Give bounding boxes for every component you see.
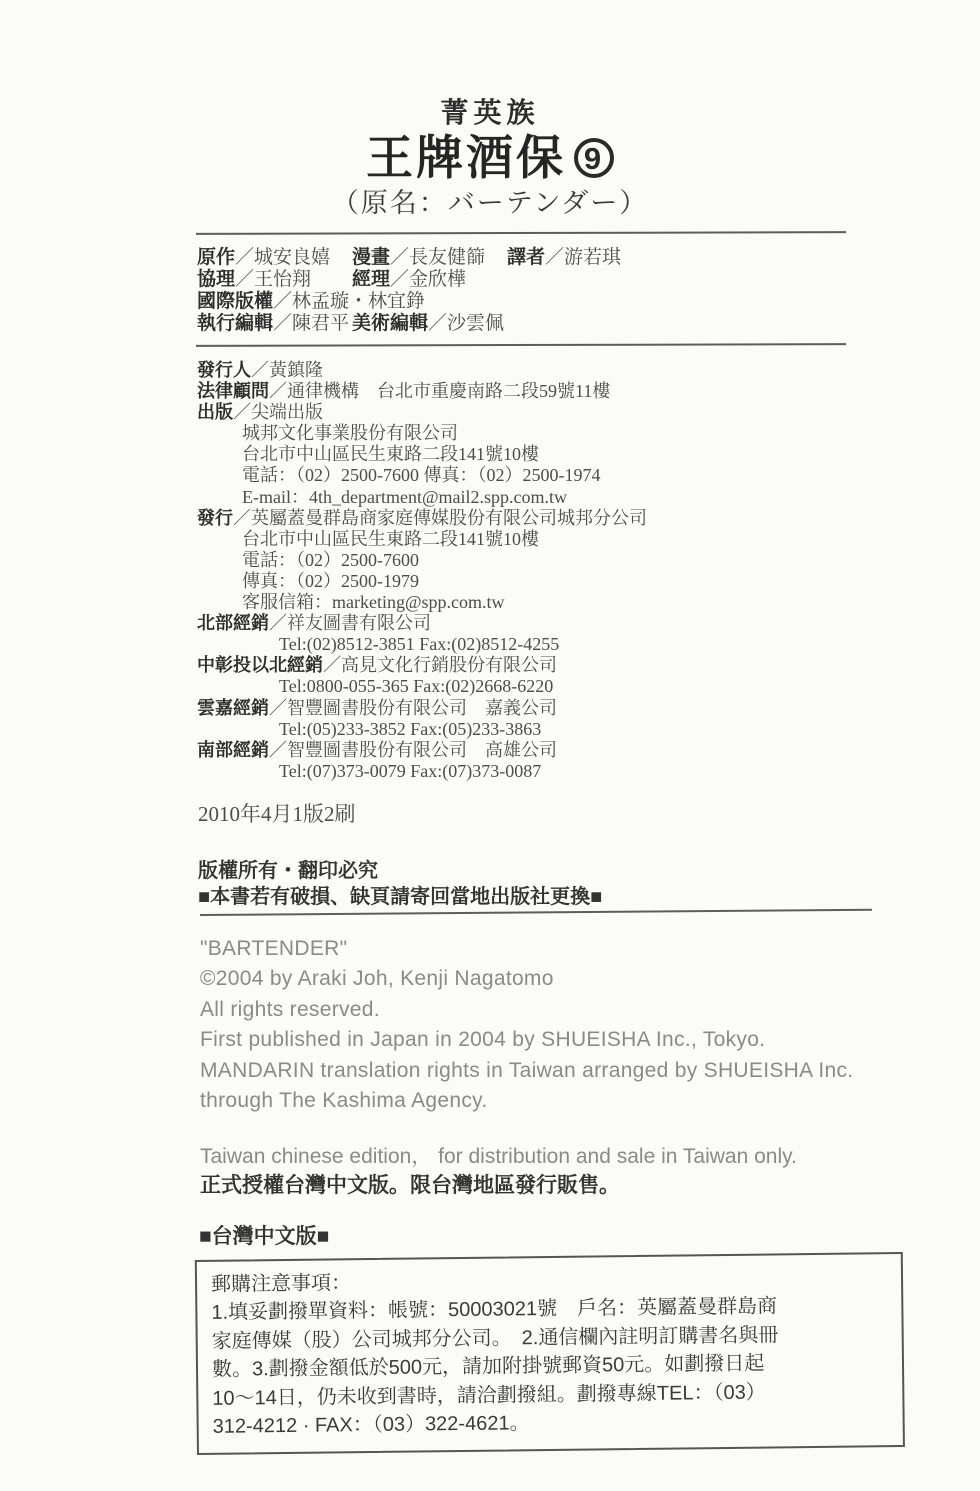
series-label: 菁英族 [0, 96, 980, 130]
credit-art-editor: 美術編輯／沙雲佩 [352, 313, 504, 335]
book-title: 王牌酒保 [366, 130, 566, 186]
credit-international-rights: 國際版權／林孟璇・林宜錚 [197, 291, 425, 313]
divider [196, 343, 846, 347]
translation-rights-line: MANDARIN translation rights in Taiwan ar… [200, 1056, 980, 1087]
phone-line: 電話：（02）2500-7600 [197, 550, 980, 571]
taiwan-notice-english: Taiwan chinese edition， for distribution… [200, 1143, 980, 1170]
agency-line: through The Kashima Agency. [200, 1086, 980, 1117]
divider [196, 231, 846, 235]
phone-fax-line: 電話：（02）2500-7600 傳真：（02）2500-1974 [197, 465, 980, 486]
title-block: 菁英族 王牌酒保 9 （原名：バーテンダー） [0, 0, 980, 220]
tel-fax-line: Tel:0800-055-365 Fax:(02)2668-6220 [197, 676, 980, 697]
credit-original-author: 原作／城安良嬉 [197, 247, 352, 269]
english-copyright-section: "BARTENDER" ©2004 by Araki Joh, Kenji Na… [200, 934, 980, 1117]
yunjia-distributor-line: 雲嘉經銷／智豐圖書股份有限公司 嘉義公司 [197, 698, 980, 719]
publishing-house-line: 出版／尖端出版 [197, 402, 980, 423]
central-distributor-line: 中彰投以北經銷／高見文化行銷股份有限公司 [197, 655, 980, 676]
first-published-line: First published in Japan in 2004 by SHUE… [200, 1025, 980, 1056]
damage-replacement-notice: ■本書若有破損、缺頁請寄回當地出版社更換■ [198, 884, 980, 910]
volume-number-badge: 9 [574, 138, 614, 178]
north-distributor-line: 北部經銷／祥友圖書有限公司 [197, 613, 980, 634]
rights-reserved-line: All rights reserved. [200, 995, 980, 1026]
tel-fax-line: Tel:(02)8512-3851 Fax:(02)8512-4255 [197, 634, 980, 655]
fax-line: 傳真：（02）2500-1979 [197, 571, 980, 592]
service-email-line: 客服信箱：marketing@spp.com.tw [197, 592, 980, 613]
copyright-authors-line: ©2004 by Araki Joh, Kenji Nagatomo [200, 964, 980, 995]
distributor-line: 發行／英屬蓋曼群島商家庭傳媒股份有限公司城邦分公司 [197, 508, 980, 529]
credit-executive-editor: 執行編輯／陳君平 [197, 313, 352, 335]
taiwan-notice-chinese: 正式授權台灣中文版。限台灣地區發行販售。 [200, 1170, 980, 1201]
print-date: 2010年4月1版2刷 [198, 798, 980, 828]
credit-manager: 經理／金欣樺 [352, 269, 466, 291]
credits-row: 執行編輯／陳君平 美術編輯／沙雲佩 [197, 313, 980, 335]
page-title: 王牌酒保 9 [0, 130, 980, 186]
south-distributor-line: 南部經銷／智豐圖書股份有限公司 高雄公司 [197, 740, 980, 761]
company-name-line: 城邦文化事業股份有限公司 [197, 423, 980, 444]
credits-row: 原作／城安良嬉 漫畫／長友健篩 譯者／游若琪 [197, 247, 980, 269]
copyright-notice: 版權所有・翻印必究 [198, 858, 980, 884]
credits-row: 協理／王怡翔 經理／金欣樺 [197, 269, 980, 291]
publisher-line: 發行人／黃鎮隆 [197, 360, 980, 381]
tel-fax-line: Tel:(05)233-3852 Fax:(05)233-3863 [197, 719, 980, 740]
english-title-line: "BARTENDER" [200, 934, 980, 965]
taiwan-edition-label: ■台灣中文版■ [199, 1224, 980, 1250]
colophon-page: 菁英族 王牌酒保 9 （原名：バーテンダー） 原作／城安良嬉 漫畫／長友健篩 譯… [0, 0, 980, 1491]
email-line: E-mail：4th_department@mail2.spp.com.tw [197, 487, 980, 508]
taiwan-edition-notice: Taiwan chinese edition， for distribution… [200, 1143, 980, 1201]
publishing-section: 發行人／黃鎮隆 法律顧問／通律機構 台北市重慶南路二段59號11樓 出版／尖端出… [197, 360, 980, 782]
credit-translator: 譯者／游若琪 [507, 247, 621, 269]
credits-row: 國際版權／林孟璇・林宜錚 [197, 291, 980, 313]
rights-block: 版權所有・翻印必究 ■本書若有破損、缺頁請寄回當地出版社更換■ [198, 858, 980, 910]
original-title-subtitle: （原名：バーテンダー） [0, 186, 980, 220]
address-line: 台北市中山區民生東路二段141號10樓 [197, 444, 980, 465]
address-line: 台北市中山區民生東路二段141號10樓 [197, 529, 980, 550]
credit-artist: 漫畫／長友健篩 [352, 247, 507, 269]
mail-order-box: 郵購注意事項： 1.填妥劃撥單資料：帳號：50003021號 戶名：英屬蓋曼群島… [195, 1252, 905, 1455]
credit-assistant-manager: 協理／王怡翔 [197, 269, 352, 291]
credits-section: 原作／城安良嬉 漫畫／長友健篩 譯者／游若琪 協理／王怡翔 經理／金欣樺 國際版… [197, 247, 980, 335]
tel-fax-line: Tel:(07)373-0079 Fax:(07)373-0087 [197, 761, 980, 782]
legal-advisor-line: 法律顧問／通律機構 台北市重慶南路二段59號11樓 [197, 381, 980, 402]
